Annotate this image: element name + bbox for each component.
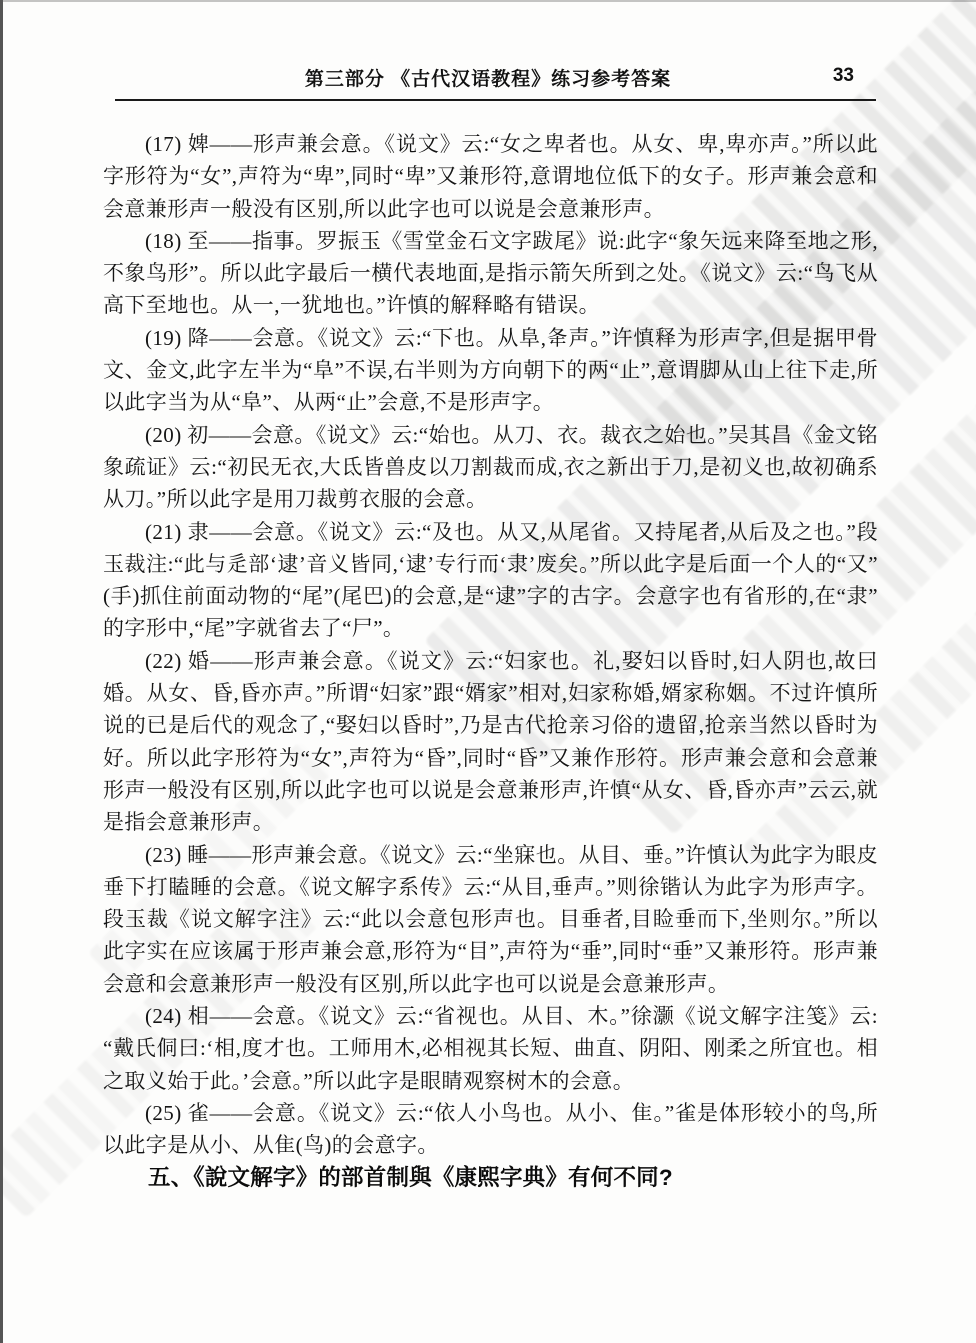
answer-paragraph-18: (18) 至——指事。罗振玉《雪堂金石文字跋尾》说:此字“象矢远来降至地之形,不… xyxy=(103,225,878,322)
question-heading: 五、《說文解字》的部首制與《康熙字典》有何不同? xyxy=(103,1162,878,1194)
running-header: 第三部分 《古代汉语教程》练习参考答案 33 xyxy=(0,64,976,92)
scan-edge-top xyxy=(0,0,976,2)
answer-paragraph-25: (25) 雀——会意。《说文》云:“依人小鸟也。从小、隹。”雀是体形较小的鸟,所… xyxy=(103,1097,878,1162)
scan-edge-line xyxy=(0,0,3,1343)
answer-paragraph-23: (23) 睡——形声兼会意。《说文》云:“坐寐也。从目、垂。”许慎认为此字为眼皮… xyxy=(103,839,878,1000)
page-content: 第三部分 《古代汉语教程》练习参考答案 33 (17) 婢——形声兼会意。《说文… xyxy=(0,64,976,1194)
answer-paragraph-24: (24) 相——会意。《说文》云:“省视也。从目、木。”徐灏《说文解字注笺》云:… xyxy=(103,1000,878,1097)
running-title: 第三部分 《古代汉语教程》练习参考答案 xyxy=(0,64,976,91)
scanned-book-page: 第三部分 《古代汉语教程》练习参考答案 33 (17) 婢——形声兼会意。《说文… xyxy=(0,0,976,1343)
answer-paragraph-20: (20) 初——会意。《说文》云:“始也。从刀、衣。裁衣之始也。”吴其昌《金文铭… xyxy=(103,419,878,516)
answer-paragraph-17: (17) 婢——形声兼会意。《说文》云:“女之卑者也。从女、卑,卑亦声。”所以此… xyxy=(103,128,878,225)
page-number: 33 xyxy=(833,65,854,87)
answers-body: (17) 婢——形声兼会意。《说文》云:“女之卑者也。从女、卑,卑亦声。”所以此… xyxy=(103,128,878,1194)
answer-paragraph-21: (21) 隶——会意。《说文》云:“及也。从又,从尾省。又持尾者,从后及之也。”… xyxy=(103,516,878,645)
answer-paragraph-22: (22) 婚——形声兼会意。《说文》云:“妇家也。礼,娶妇以昏时,妇人阴也,故曰… xyxy=(103,645,878,839)
header-rule xyxy=(115,99,876,101)
answer-paragraph-19: (19) 降——会意。《说文》云:“下也。从阜,夅声。”许慎释为形声字,但是据甲… xyxy=(103,322,878,419)
